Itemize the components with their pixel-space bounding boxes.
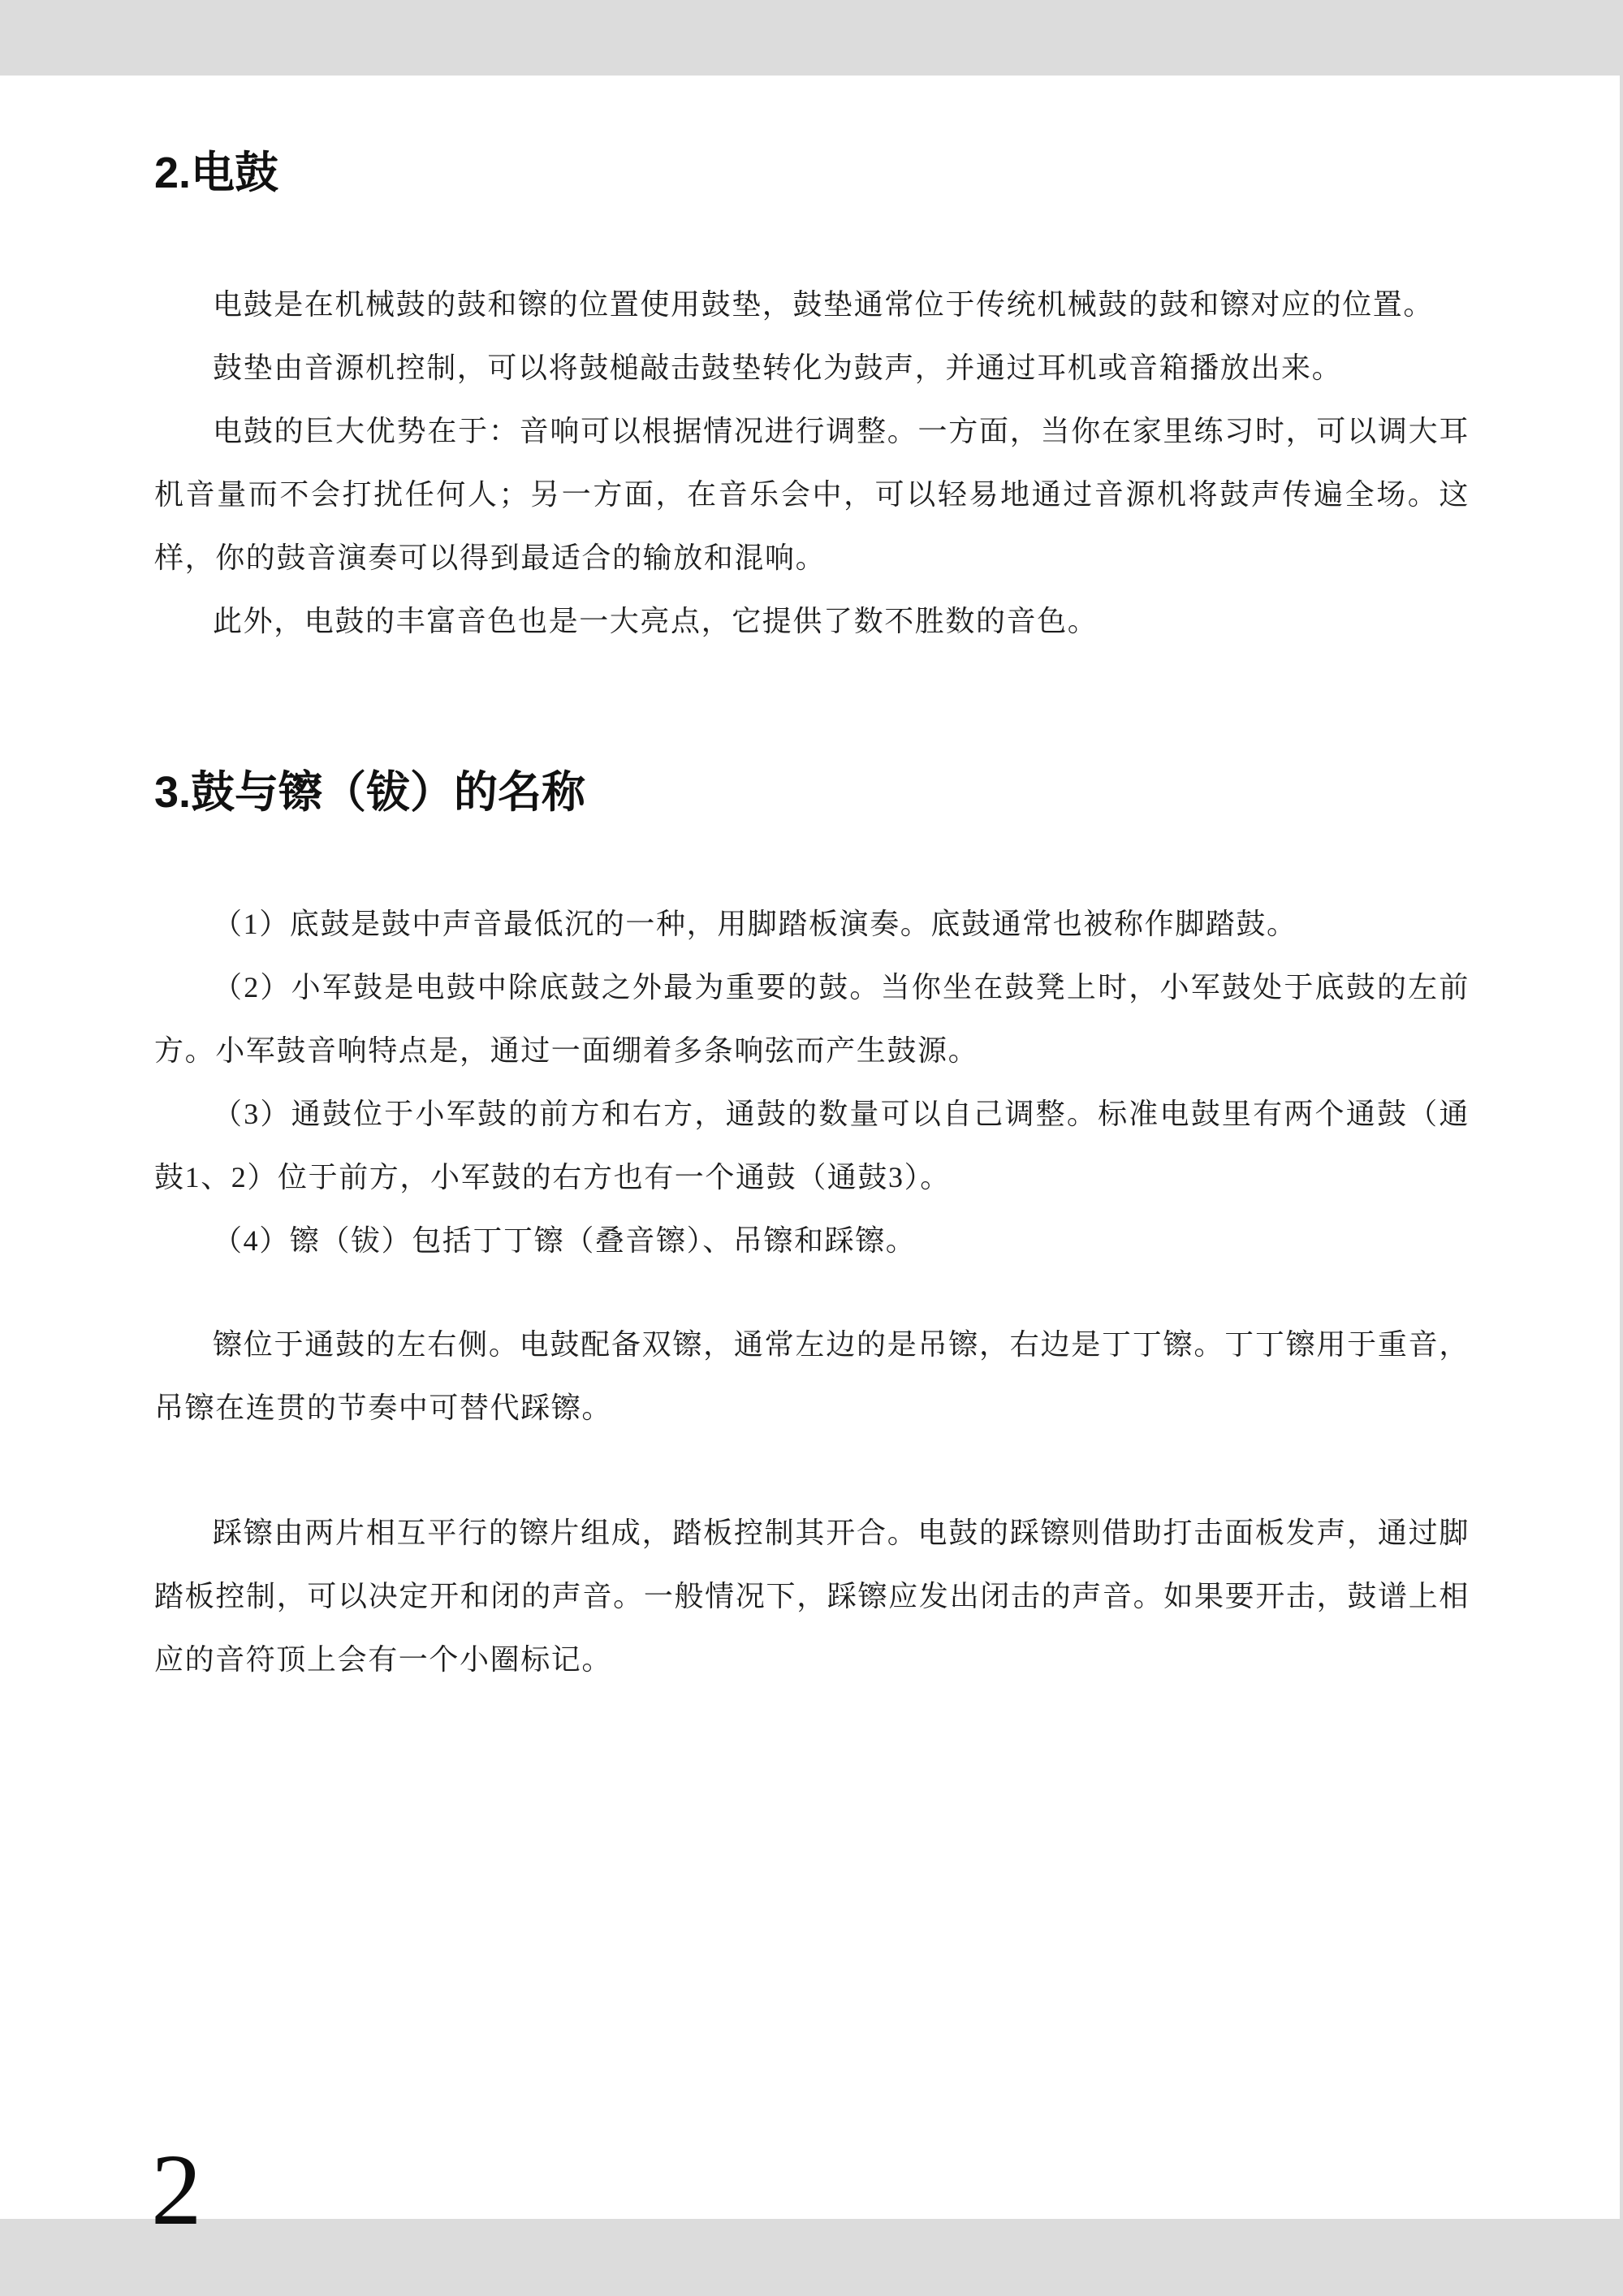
paragraph: 电鼓是在机械鼓的鼓和镲的位置使用鼓垫，鼓垫通常位于传统机械鼓的鼓和镲对应的位置。 (154, 273, 1470, 336)
paragraph: （4）镲（钹）包括丁丁镲（叠音镲）、吊镲和踩镲。 (154, 1209, 1470, 1272)
page-number: 2 (151, 2140, 202, 2242)
paragraph: （2）小军鼓是电鼓中除底鼓之外最为重要的鼓。当你坐在鼓凳上时，小军鼓处于底鼓的左… (154, 956, 1470, 1082)
book-page: { "page": { "background_color": "#dcdcdc… (0, 0, 1623, 2296)
paragraph: （3）通鼓位于小军鼓的前方和右方，通鼓的数量可以自己调整。标准电鼓里有两个通鼓（… (154, 1082, 1470, 1209)
paragraph: 鼓垫由音源机控制，可以将鼓槌敲击鼓垫转化为鼓声，并通过耳机或音箱播放出来。 (154, 336, 1470, 399)
section-heading-electronic-drum: 2.电鼓 (154, 147, 1470, 200)
paragraph: （1）底鼓是鼓中声音最低沉的一种，用脚踏板演奏。底鼓通常也被称作脚踏鼓。 (154, 892, 1470, 956)
page-paper: 2.电鼓 电鼓是在机械鼓的鼓和镲的位置使用鼓垫，鼓垫通常位于传统机械鼓的鼓和镲对… (0, 76, 1620, 2219)
section-body-electronic-drum: 电鼓是在机械鼓的鼓和镲的位置使用鼓垫，鼓垫通常位于传统机械鼓的鼓和镲对应的位置。… (154, 273, 1470, 653)
paragraph: 此外，电鼓的丰富音色也是一大亮点，它提供了数不胜数的音色。 (154, 589, 1470, 653)
paragraph: 踩镲由两片相互平行的镲片组成，踏板控制其开合。电鼓的踩镲则借助打击面板发声，通过… (154, 1501, 1470, 1691)
section-body-drum-cymbal-names: （1）底鼓是鼓中声音最低沉的一种，用脚踏板演奏。底鼓通常也被称作脚踏鼓。（2）小… (154, 892, 1470, 1691)
section-heading-drum-cymbal-names: 3.鼓与镲（钹）的名称 (154, 766, 1470, 819)
page-content: 2.电鼓 电鼓是在机械鼓的鼓和镲的位置使用鼓垫，鼓垫通常位于传统机械鼓的鼓和镲对… (154, 76, 1470, 1691)
paragraph: 镲位于通鼓的左右侧。电鼓配备双镲，通常左边的是吊镲，右边是丁丁镲。丁丁镲用于重音… (154, 1313, 1470, 1439)
paragraph: 电鼓的巨大优势在于：音响可以根据情况进行调整。一方面，当你在家里练习时，可以调大… (154, 399, 1470, 589)
